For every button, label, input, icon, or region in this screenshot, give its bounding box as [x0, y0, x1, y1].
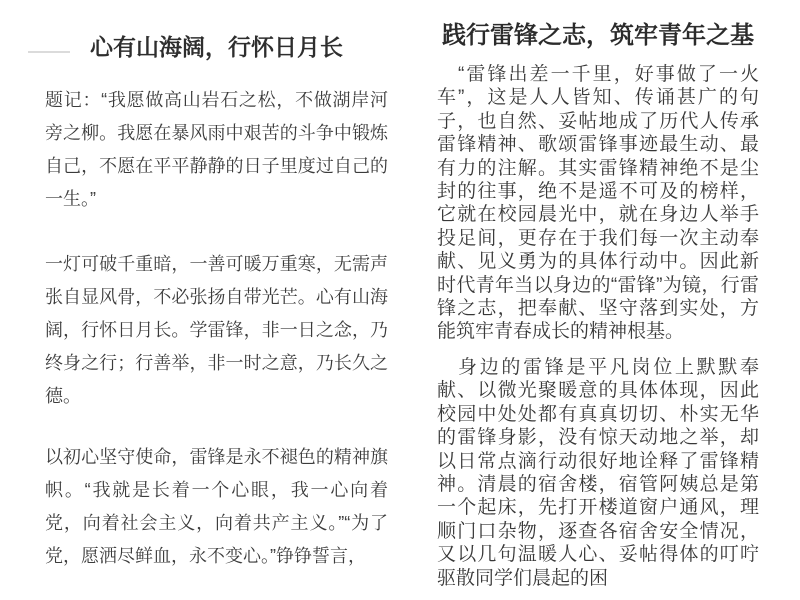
left-essay-title: 心有山海阔，行怀日月长: [45, 33, 388, 61]
right-essay-title: 践行雷锋之志，筑牢青年之基: [437, 21, 759, 51]
right-essay-paragraph-1: “雷锋出差一千里，好事做了一火车”，这是人人皆知、传诵甚广的句子，也自然、妥帖地…: [437, 63, 759, 344]
left-essay-paragraph-1: 题记：“我愿做高山岩石之松，不做湖岸河旁之柳。我愿在暴风雨中艰苦的斗争中锻炼自己…: [45, 84, 388, 216]
left-essay-paragraph-2: 一灯可破千重暗，一善可暖万重寒，无需声张自显风骨，不必张扬自带光芒。心有山海阔，…: [45, 248, 388, 413]
document-page: 心有山海阔，行怀日月长 题记：“我愿做高山岩石之松，不做湖岸河旁之柳。我愿在暴风…: [0, 0, 800, 600]
left-essay-paragraph-3: 以初心坚守使命，雷锋是永不褪色的精神旗帜。“我就是长着一个心眼，我一心向着党，向…: [45, 441, 388, 573]
right-essay-paragraph-2: 身边的雷锋是平凡岗位上默默奉献、以微光聚暖意的具体体现，因此校园中处处都有真真切…: [437, 356, 759, 590]
